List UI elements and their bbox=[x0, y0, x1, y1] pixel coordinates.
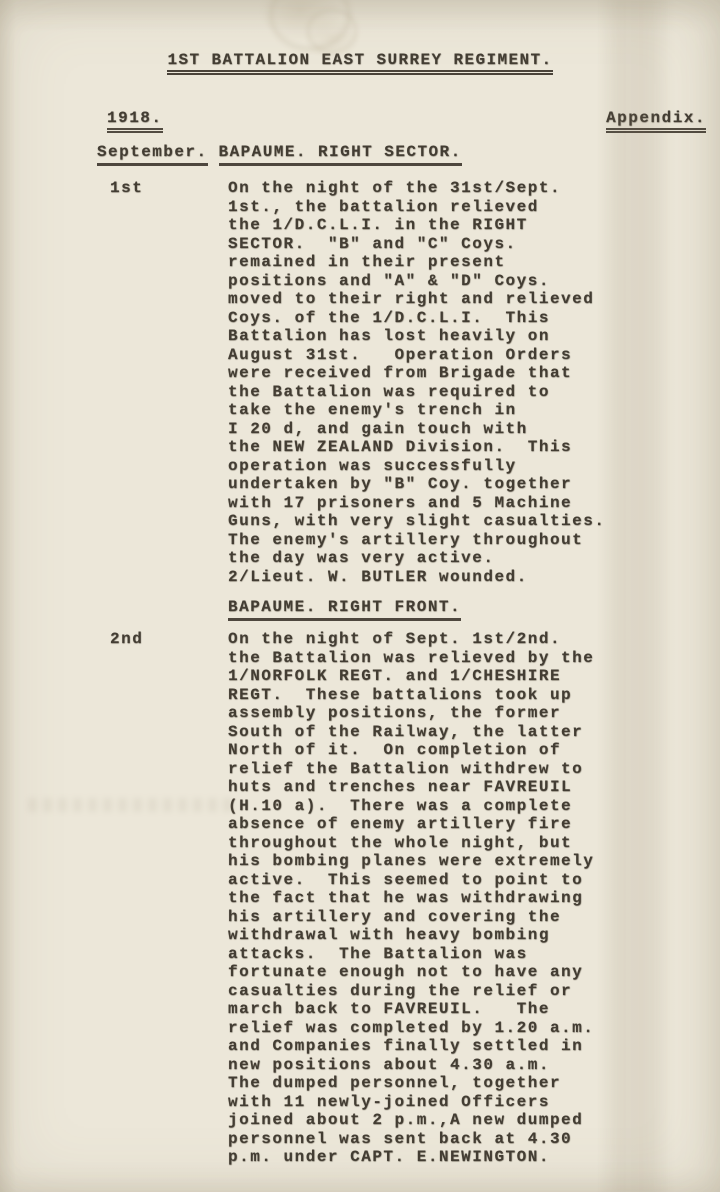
diary-entry-sept-1st: 1st On the night of the 31st/Sept. 1st.,… bbox=[0, 179, 720, 586]
entry-day-label: 1st bbox=[110, 179, 228, 586]
year-heading: 1918. bbox=[107, 109, 163, 133]
subhead-row: 1918. Appendix. bbox=[0, 109, 720, 133]
appendix-heading: Appendix. bbox=[606, 109, 706, 133]
month-sector-row: September.BAPAUME. RIGHT SECTOR. bbox=[0, 143, 720, 161]
entry-day-label: 2nd bbox=[110, 630, 228, 1167]
title-row: 1ST BATTALION EAST SURREY REGIMENT. bbox=[0, 0, 720, 75]
month-heading: September. bbox=[97, 143, 208, 166]
entry-text: On the night of the 31st/Sept. 1st., the… bbox=[228, 179, 605, 586]
section-heading-bapaume-right-sector: BAPAUME. RIGHT SECTOR. bbox=[219, 143, 462, 166]
document-page: 1ST BATTALION EAST SURREY REGIMENT. 1918… bbox=[0, 0, 720, 1192]
entry-text: On the night of Sept. 1st/2nd. the Batta… bbox=[228, 630, 594, 1167]
document-title: 1ST BATTALION EAST SURREY REGIMENT. bbox=[167, 51, 552, 75]
section-heading-bapaume-right-front: BAPAUME. RIGHT FRONT. bbox=[228, 598, 461, 621]
diary-entry-sept-2nd: 2nd On the night of Sept. 1st/2nd. the B… bbox=[0, 630, 720, 1167]
section-heading-row: BAPAUME. RIGHT FRONT. bbox=[0, 598, 720, 616]
